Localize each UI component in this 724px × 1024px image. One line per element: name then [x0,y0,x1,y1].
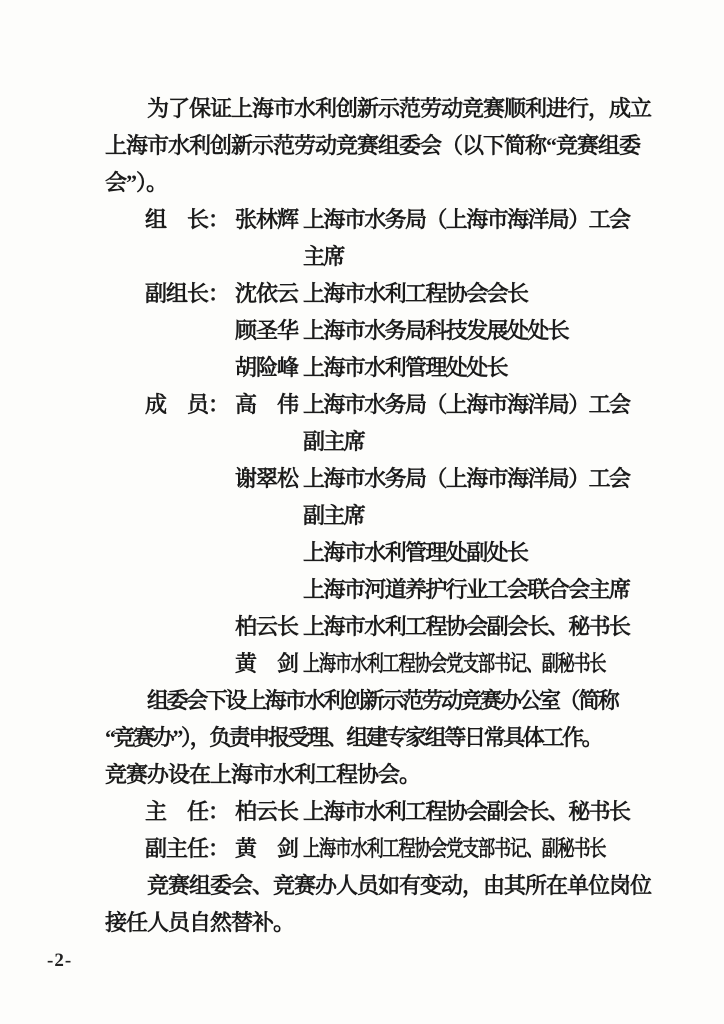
committee-row: 黄 剑 上海市水利工程协会党支部书记、副秘书长 [105,645,645,682]
committee-row: 成 员： 高 伟 上海市水务局（上海市海洋局）工会 [105,386,645,423]
closing-line: 竞赛组委会、竞赛办人员如有变动，由其所在单位岗位 [105,867,645,904]
role-label [145,571,235,608]
role-label: 主 任： [145,793,235,830]
intro-line: 为了保证上海市水利创新示范劳动竞赛顺利进行，成立 [105,90,645,127]
committee-row: 副组长： 沈依云 上海市水利工程协会会长 [105,275,645,312]
member-name [235,423,303,460]
committee-row: 胡险峰 上海市水利管理处处长 [105,349,645,386]
member-name [235,534,303,571]
member-name [235,571,303,608]
committee-row: 谢翠松 上海市水务局（上海市海洋局）工会 [105,460,645,497]
intro-line: 上海市水利创新示范劳动竞赛组委会（以下简称“竞赛组委 [105,127,645,164]
role-label: 副组长： [145,275,235,312]
member-title: 主席 [303,238,344,275]
role-label: 副主任： [145,830,235,867]
role-label [145,645,235,682]
member-title: 上海市水利工程协会党支部书记、副秘书长 [303,830,605,867]
role-label [145,349,235,386]
role-label [145,534,235,571]
member-name: 顾圣华 [235,312,303,349]
committee-row: 柏云长 上海市水利工程协会副会长、秘书长 [105,608,645,645]
role-label [145,312,235,349]
member-title: 上海市水务局科技发展处处长 [303,312,568,349]
member-name: 柏云长 [235,793,303,830]
member-name: 高 伟 [235,386,303,423]
member-title: 上海市水务局（上海市海洋局）工会 [303,386,629,423]
member-title: 上海市水利工程协会党支部书记、副秘书长 [303,645,605,682]
member-title: 副主席 [303,497,364,534]
member-name: 张林辉 [235,201,303,238]
role-label [145,238,235,275]
member-name [235,238,303,275]
member-title: 上海市水利工程协会会长 [303,275,527,312]
member-name: 胡险峰 [235,349,303,386]
office-row: 副主任： 黄 剑 上海市水利工程协会党支部书记、副秘书长 [105,830,645,867]
member-name: 黄 剑 [235,830,303,867]
role-label [145,608,235,645]
document-body: 为了保证上海市水利创新示范劳动竞赛顺利进行，成立 上海市水利创新示范劳动竞赛组委… [105,90,645,941]
role-label [145,460,235,497]
member-title: 上海市水务局（上海市海洋局）工会 [303,201,629,238]
office-line: “竞赛办”），负责申报受理、组建专家组等日常具体工作。 [105,719,645,756]
committee-row: 上海市水利管理处副处长 [105,534,645,571]
member-title: 上海市水利工程协会副会长、秘书长 [303,793,629,830]
committee-row: 主席 [105,238,645,275]
committee-row: 组 长： 张林辉 上海市水务局（上海市海洋局）工会 [105,201,645,238]
committee-row: 副主席 [105,497,645,534]
member-title: 副主席 [303,423,364,460]
office-line: 竞赛办设在上海市水利工程协会。 [105,756,645,793]
committee-row: 上海市河道养护行业工会联合会主席 [105,571,645,608]
role-label [145,497,235,534]
role-label [145,423,235,460]
page-number: -2- [47,950,72,972]
office-line: 组委会下设上海市水利创新示范劳动竞赛办公室（简称 [105,682,645,719]
committee-row: 副主席 [105,423,645,460]
closing-line: 接任人员自然替补。 [105,904,645,941]
member-name: 沈依云 [235,275,303,312]
member-name: 谢翠松 [235,460,303,497]
document-page: 为了保证上海市水利创新示范劳动竞赛顺利进行，成立 上海市水利创新示范劳动竞赛组委… [0,0,724,1024]
member-title: 上海市水利管理处处长 [303,349,507,386]
member-name: 黄 剑 [235,645,303,682]
intro-line: 会”）。 [105,164,645,201]
member-title: 上海市水利管理处副处长 [303,534,527,571]
role-label: 成 员： [145,386,235,423]
office-row: 主 任： 柏云长 上海市水利工程协会副会长、秘书长 [105,793,645,830]
committee-row: 顾圣华 上海市水务局科技发展处处长 [105,312,645,349]
role-label: 组 长： [145,201,235,238]
member-title: 上海市水务局（上海市海洋局）工会 [303,460,629,497]
member-title: 上海市河道养护行业工会联合会主席 [303,571,629,608]
member-title: 上海市水利工程协会副会长、秘书长 [303,608,629,645]
member-name: 柏云长 [235,608,303,645]
member-name [235,497,303,534]
